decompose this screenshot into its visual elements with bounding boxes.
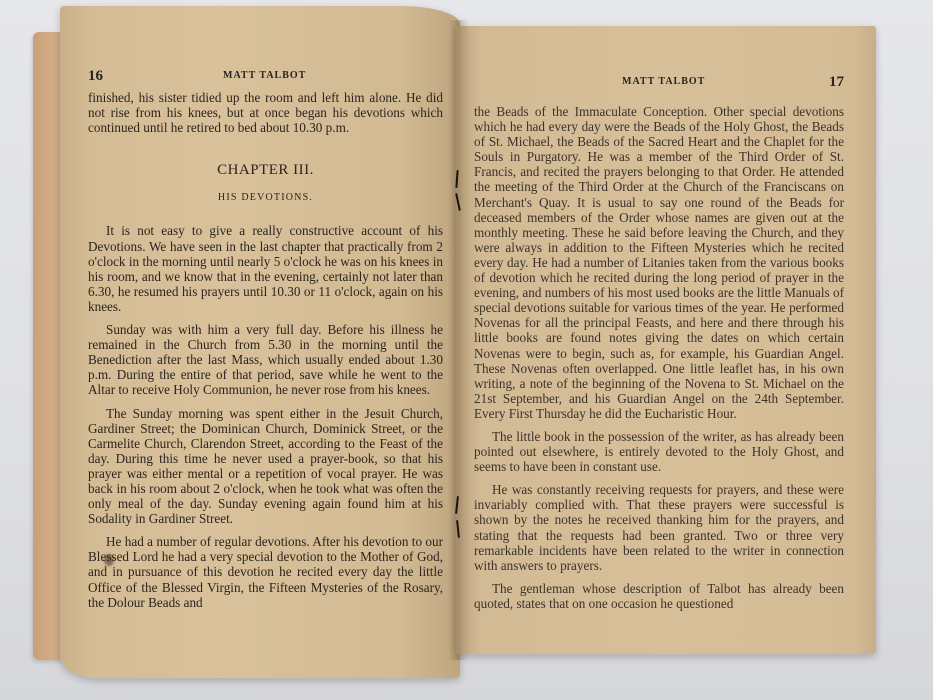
right-page: MATT TALBOT 17 the Beads of the Immacula… xyxy=(456,26,876,654)
left-running-head: 16 MATT TALBOT xyxy=(88,68,443,85)
paragraph: The Sunday morning was spent either in t… xyxy=(88,406,443,527)
opening-paragraph: finished, his sister tidied up the room … xyxy=(88,90,443,135)
left-page-body: finished, his sister tidied up the room … xyxy=(88,90,443,618)
paragraph: He was constantly receiving requests for… xyxy=(474,482,844,573)
paragraph: He had a number of regular devotions. Af… xyxy=(88,534,443,609)
right-running-title: MATT TALBOT xyxy=(622,76,705,87)
paragraph: The gentleman whose description of Talbo… xyxy=(474,581,844,611)
ink-blot xyxy=(104,554,114,566)
paragraph: It is not easy to give a really construc… xyxy=(88,223,443,314)
chapter-title: CHAPTER III. xyxy=(88,163,443,178)
right-page-number: 17 xyxy=(829,74,844,91)
right-page-body: the Beads of the Immaculate Conception. … xyxy=(474,104,844,619)
chapter-subtitle: HIS DEVOTIONS. xyxy=(88,190,443,205)
left-page: 16 MATT TALBOT finished, his sister tidi… xyxy=(60,6,460,678)
paragraph: Sunday was with him a very full day. Bef… xyxy=(88,322,443,397)
left-running-title: MATT TALBOT xyxy=(223,70,306,81)
paragraph: The little book in the possession of the… xyxy=(474,429,844,474)
left-page-number: 16 xyxy=(88,68,103,84)
paragraph: the Beads of the Immaculate Conception. … xyxy=(474,104,844,421)
